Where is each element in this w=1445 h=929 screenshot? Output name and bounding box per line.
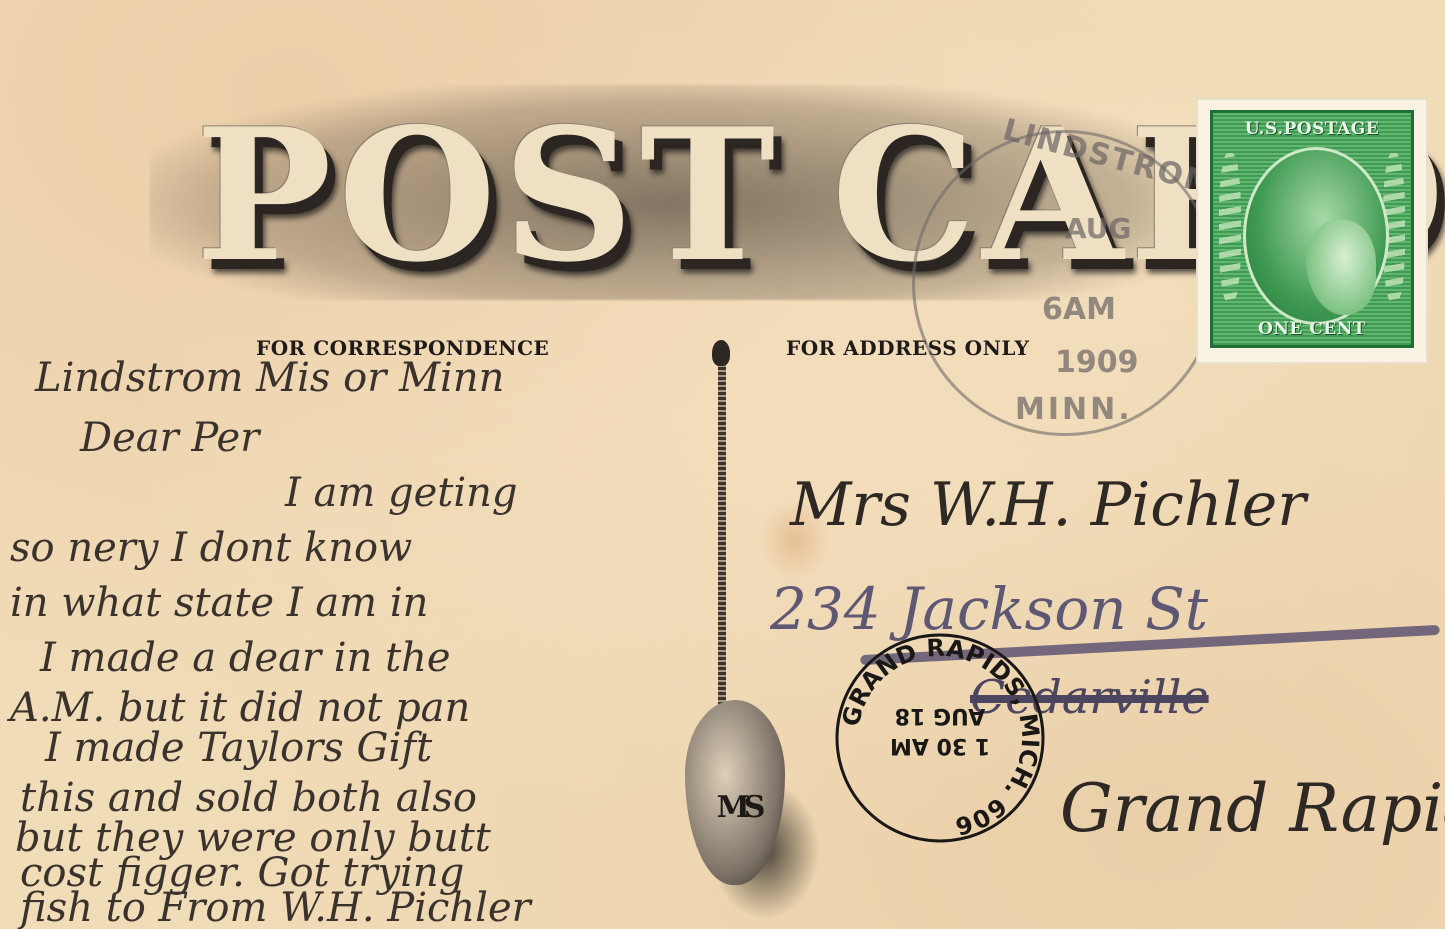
receiving-postmark-date: AUG 18 bbox=[880, 700, 1000, 730]
address-recipient: Mrs W.H. Pichler bbox=[790, 470, 1306, 540]
letter-line: fish to From W.H. Pichler bbox=[20, 885, 531, 929]
letter-line: I made Taylors Gift bbox=[45, 725, 432, 771]
origin-postmark-year: 1909 bbox=[1055, 345, 1139, 380]
origin-postmark-time: 6AM bbox=[1042, 292, 1116, 327]
receiving-postmark-time: 1 30 AM bbox=[880, 730, 1000, 760]
postcard: POSTCARD FOR CORRESPONDENCE FOR ADDRESS … bbox=[0, 0, 1445, 929]
letter-line: Lindstrom Mis or Minn bbox=[35, 355, 504, 401]
address-city-state: Grand Rapids Mich bbox=[1060, 770, 1445, 847]
letter-line: I am geting bbox=[285, 470, 518, 516]
stamp-frame: U.S.POSTAGE ONE CENT bbox=[1210, 110, 1414, 348]
divider-tassel-top bbox=[712, 340, 730, 366]
stamp-top-text: U.S.POSTAGE bbox=[1213, 119, 1411, 139]
origin-postmark-month: AUG bbox=[1065, 212, 1132, 245]
letter-line: so nery I dont know bbox=[10, 525, 412, 571]
receiving-postmark-center: 1 30 AM AUG 18 bbox=[880, 700, 1000, 760]
postage-stamp: U.S.POSTAGE ONE CENT bbox=[1198, 100, 1426, 362]
laurel-left-icon bbox=[1219, 153, 1241, 303]
title-word-post: POST bbox=[195, 88, 781, 302]
franklin-portrait-icon bbox=[1306, 220, 1376, 315]
origin-postmark-state: MINN. bbox=[1015, 392, 1133, 427]
letter-line: Dear Per bbox=[80, 415, 259, 461]
publisher-monogram: MS bbox=[703, 790, 773, 825]
letter-line: in what state I am in bbox=[10, 580, 428, 626]
stamp-portrait-oval bbox=[1243, 147, 1389, 325]
stamp-value-text: ONE CENT bbox=[1213, 319, 1411, 339]
divider-cord bbox=[718, 340, 726, 730]
letter-line: I made a dear in the bbox=[40, 635, 451, 681]
